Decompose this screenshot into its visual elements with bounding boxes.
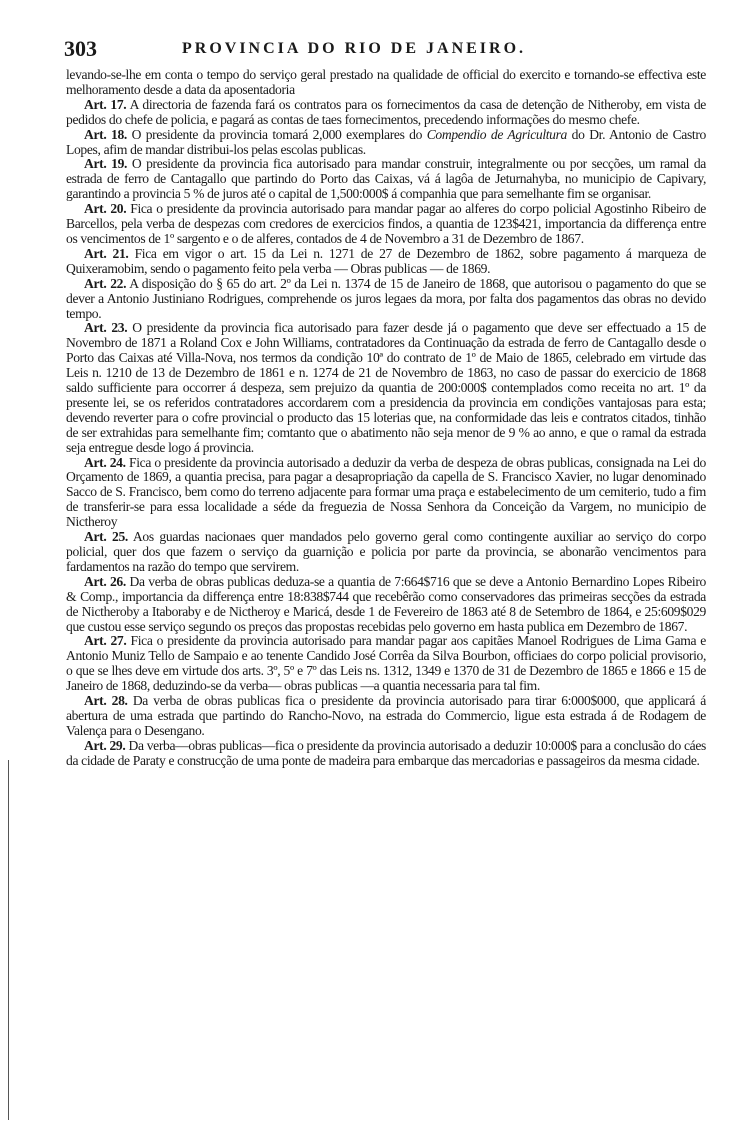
article-19: Art. 19. O presidente da provincia fica …	[66, 157, 706, 202]
article-label: Art. 22.	[84, 276, 126, 291]
article-text: Da verba—obras publicas—fica o president…	[66, 738, 706, 768]
article-22: Art. 22. A disposição do § 65 do art. 2º…	[66, 277, 706, 322]
article-text: O presidente da provincia fica autorisad…	[66, 156, 706, 201]
book-title: Compendio de Agricultura	[427, 127, 567, 142]
article-text: Fica o presidente da provincia autorisad…	[66, 455, 706, 530]
paragraph-text: levando-se-lhe em conta o tempo do servi…	[66, 67, 706, 97]
article-text: O presidente da provincia tomará 2,000 e…	[132, 127, 422, 142]
article-text: Fica em vigor o art. 15 da Lei n. 1271 d…	[66, 246, 706, 276]
article-label: Art. 26.	[84, 574, 126, 589]
article-27: Art. 27. Fica o presidente da provincia …	[66, 634, 706, 694]
page-number: 303	[64, 36, 97, 62]
article-label: Art. 25.	[84, 529, 128, 544]
article-text: Fica o presidente da provincia autorisad…	[66, 201, 706, 246]
article-label: Art. 17.	[84, 97, 126, 112]
article-text: Da verba de obras publicas deduza-se a q…	[66, 574, 706, 634]
article-label: Art. 21.	[84, 246, 128, 261]
page-edge-rule	[8, 760, 9, 1120]
article-text: A directoria de fazenda fará os contrato…	[66, 97, 706, 127]
article-20: Art. 20. Fica o presidente da provincia …	[66, 202, 706, 247]
article-text: O presidente da provincia fica autorisad…	[66, 320, 706, 454]
article-label: Art. 24.	[84, 455, 126, 470]
article-text: Da verba de obras publicas fica o presid…	[66, 693, 706, 738]
paragraph-continuation: levando-se-lhe em conta o tempo do servi…	[66, 68, 706, 98]
article-18: Art. 18. O presidente da provincia tomar…	[66, 128, 706, 158]
article-21: Art. 21. Fica em vigor o art. 15 da Lei …	[66, 247, 706, 277]
article-label: Art. 23.	[84, 320, 127, 335]
article-26: Art. 26. Da verba de obras publicas dedu…	[66, 575, 706, 635]
article-28: Art. 28. Da verba de obras publicas fica…	[66, 694, 706, 739]
article-text: Fica o presidente da provincia autorisad…	[66, 633, 706, 693]
article-17: Art. 17. A directoria de fazenda fará os…	[66, 98, 706, 128]
article-label: Art. 18.	[84, 127, 127, 142]
article-24: Art. 24. Fica o presidente da provincia …	[66, 456, 706, 531]
article-label: Art. 19.	[84, 156, 127, 171]
document-body: levando-se-lhe em conta o tempo do servi…	[66, 68, 706, 769]
page-header: 303 PROVINCIA DO RIO DE JANEIRO.	[64, 36, 704, 60]
article-23: Art. 23. O presidente da provincia fica …	[66, 321, 706, 455]
article-label: Art. 29.	[84, 738, 125, 753]
article-label: Art. 20.	[84, 201, 126, 216]
article-29: Art. 29. Da verba—obras publicas—fica o …	[66, 739, 706, 769]
article-text: Aos guardas nacionaes quer mandados pelo…	[66, 529, 706, 574]
article-label: Art. 28.	[84, 693, 128, 708]
article-label: Art. 27.	[84, 633, 126, 648]
running-title: PROVINCIA DO RIO DE JANEIRO.	[182, 40, 526, 58]
article-text: A disposição do § 65 do art. 2º da Lei n…	[66, 276, 706, 321]
article-25: Art. 25. Aos guardas nacionaes quer mand…	[66, 530, 706, 575]
